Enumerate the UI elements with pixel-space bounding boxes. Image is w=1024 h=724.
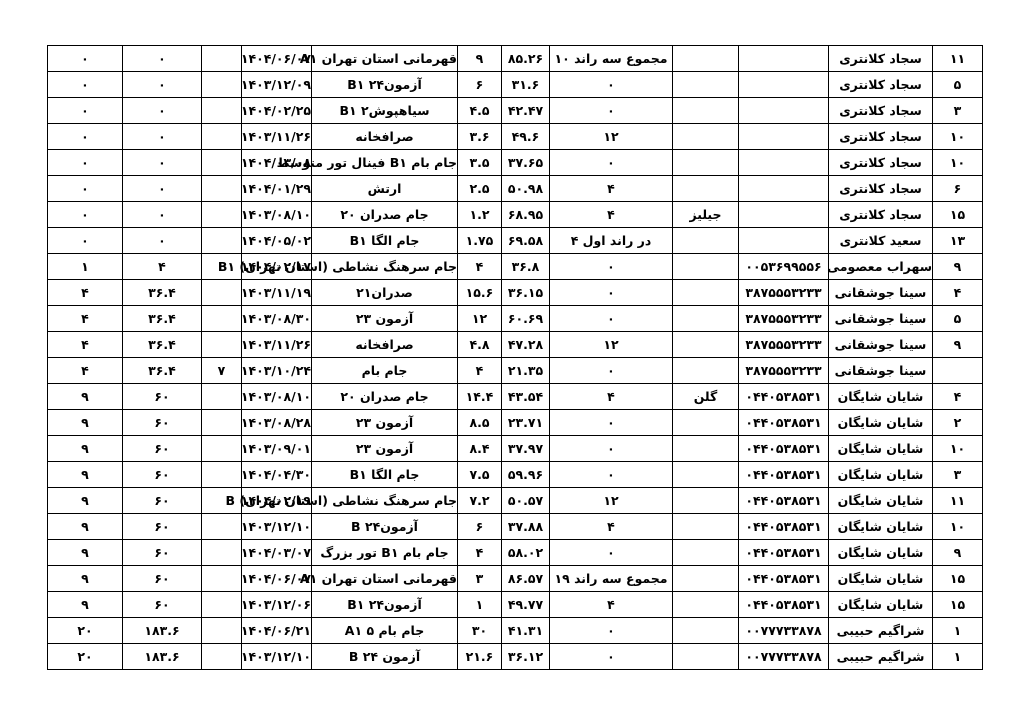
cell-club [673,436,739,462]
cell-score: ۶۰.۶۹ [502,306,550,332]
cell-score: ۵۸.۰۲ [502,540,550,566]
cell-event: آزمون۲۴ B۱ [312,592,458,618]
cell-sum2: ۳۶.۴ [123,332,202,358]
cell-date: ۱۴۰۳/۰۸/۱۰ [242,202,312,228]
cell-club [673,306,739,332]
cell-no: ۴ [933,384,983,410]
cell-sum2: ۶۰ [123,514,202,540]
cell-name: شایان شایگان [829,384,933,410]
cell-date: ۱۴۰۴/۰۶/۰۷ [242,46,312,72]
cell-sum1: ۹ [48,410,123,436]
cell-sum2: ۰ [123,72,202,98]
table-row: ۴شایان شایگان۰۴۴۰۵۳۸۵۳۱گلن۴۴۳.۵۴۱۴.۴جام … [48,384,983,410]
cell-name: شایان شایگان [829,410,933,436]
cell-no: ۵ [933,306,983,332]
table-row: ۵سینا جوشقانی۳۸۷۵۵۵۳۲۳۳۰۶۰.۶۹۱۲آزمون ۲۳۱… [48,306,983,332]
cell-val: ۸.۴ [458,436,502,462]
cell-no: ۹ [933,332,983,358]
cell-name: سینا جوشقانی [829,358,933,384]
cell-val: ۹ [458,46,502,72]
cell-score: ۵۰.۵۷ [502,488,550,514]
cell-club [673,228,739,254]
cell-date: ۱۴۰۳/۰۹/۰۱ [242,436,312,462]
cell-val: ۱.۲ [458,202,502,228]
cell-sum1: ۴ [48,358,123,384]
table-row: ۳سجاد کلانتری۰۴۲.۴۷۴.۵سیاهپوش۲ B۱۱۴۰۴/۰۲… [48,98,983,124]
cell-no: ۱۱ [933,488,983,514]
cell-name: شایان شایگان [829,514,933,540]
cell-date: ۱۴۰۴/۰۵/۰۲ [242,228,312,254]
cell-val: ۱۵.۶ [458,280,502,306]
cell-sum1: ۹ [48,540,123,566]
table-row: ۴سینا جوشقانی۳۸۷۵۵۵۳۲۳۳۰۳۶.۱۵۱۵.۶صدران۲۱… [48,280,983,306]
cell-id [739,176,829,202]
table-row: ۳شایان شایگان۰۴۴۰۵۳۸۵۳۱۰۵۹.۹۶۷.۵جام الگا… [48,462,983,488]
cell-event: سیاهپوش۲ B۱ [312,98,458,124]
cell-score: ۲۱.۳۵ [502,358,550,384]
cell-sum2: ۶۰ [123,540,202,566]
cell-note: ۰ [550,540,673,566]
cell-score: ۳۷.۶۵ [502,150,550,176]
cell-id: ۰۰۵۳۶۹۹۵۵۶ [739,254,829,280]
cell-no: ۱۰ [933,436,983,462]
table-body: ۱۱سجاد کلانتریمجموع سه راند ۱۰۸۵.۲۶۹قهرم… [48,46,983,670]
cell-sum1: ۹ [48,566,123,592]
cell-sum2: ۰ [123,228,202,254]
cell-event: جام صدران ۲۰ [312,202,458,228]
cell-val: ۶ [458,72,502,98]
cell-date: ۱۴۰۳/۱۱/۱۹ [242,280,312,306]
cell-sum1: ۹ [48,384,123,410]
cell-sum1: ۲۰ [48,644,123,670]
cell-event: جام بام ۵ A۱ [312,618,458,644]
cell-note: در راند اول ۴ [550,228,673,254]
cell-mini [202,592,242,618]
cell-val: ۴.۵ [458,98,502,124]
cell-no: ۱۰ [933,150,983,176]
cell-date: ۱۴۰۳/۱۲/۱۰ [242,644,312,670]
cell-club [673,124,739,150]
cell-score: ۳۱.۶ [502,72,550,98]
cell-date: ۱۴۰۳/۰۸/۳۰ [242,306,312,332]
cell-no: ۱۱ [933,46,983,72]
cell-note: ۴ [550,176,673,202]
cell-val: ۳.۶ [458,124,502,150]
cell-club [673,46,739,72]
table-row: ۲شایان شایگان۰۴۴۰۵۳۸۵۳۱۰۲۳.۷۱۸.۵آزمون ۲۳… [48,410,983,436]
cell-sum1: ۰ [48,202,123,228]
cell-name: سجاد کلانتری [829,176,933,202]
cell-event: جام الگا B۱ [312,228,458,254]
cell-mini [202,618,242,644]
cell-val: ۱۴.۴ [458,384,502,410]
cell-id [739,98,829,124]
cell-id: ۰۴۴۰۵۳۸۵۳۱ [739,514,829,540]
cell-event: جام بام B۱ فینال تور متوسط [312,150,458,176]
table-row: ۱۰شایان شایگان۰۴۴۰۵۳۸۵۳۱۴۳۷.۸۸۶آزمون۲۴ B… [48,514,983,540]
cell-val: ۴.۸ [458,332,502,358]
cell-mini [202,410,242,436]
cell-date: ۱۴۰۳/۱۱/۲۶ [242,124,312,150]
cell-date: ۱۴۰۳/۰۸/۱۰ [242,384,312,410]
cell-id: ۰۴۴۰۵۳۸۵۳۱ [739,566,829,592]
cell-no [933,358,983,384]
cell-score: ۳۷.۹۷ [502,436,550,462]
cell-id: ۰۴۴۰۵۳۸۵۳۱ [739,410,829,436]
cell-id: ۰۴۴۰۵۳۸۵۳۱ [739,592,829,618]
cell-date: ۱۴۰۳/۱۰/۲۴ [242,358,312,384]
cell-mini [202,332,242,358]
cell-note: ۰ [550,98,673,124]
cell-event: قهرمانی استان تهران A۱ [312,46,458,72]
cell-name: شایان شایگان [829,540,933,566]
cell-event: جام بام B۱ تور بزرگ [312,540,458,566]
cell-score: ۴۲.۴۷ [502,98,550,124]
cell-score: ۴۱.۳۱ [502,618,550,644]
cell-mini: ۷ [202,358,242,384]
cell-sum1: ۹ [48,592,123,618]
cell-no: ۳ [933,98,983,124]
table-row: ۱۱سجاد کلانتریمجموع سه راند ۱۰۸۵.۲۶۹قهرم… [48,46,983,72]
cell-club [673,514,739,540]
cell-id [739,150,829,176]
cell-sum2: ۱۸۳.۶ [123,644,202,670]
cell-date: ۱۴۰۴/۰۶/۲۱ [242,618,312,644]
cell-score: ۳۷.۸۸ [502,514,550,540]
cell-mini [202,540,242,566]
cell-event: صدران۲۱ [312,280,458,306]
cell-note: مجموع سه راند ۱۰ [550,46,673,72]
cell-sum2: ۶۰ [123,566,202,592]
cell-sum1: ۹ [48,514,123,540]
cell-mini [202,124,242,150]
cell-val: ۳.۵ [458,150,502,176]
cell-sum2: ۴ [123,254,202,280]
cell-score: ۴۹.۶ [502,124,550,150]
cell-mini [202,176,242,202]
cell-id [739,228,829,254]
cell-no: ۱۵ [933,566,983,592]
cell-sum2: ۳۶.۴ [123,280,202,306]
cell-club [673,358,739,384]
cell-score: ۵۹.۹۶ [502,462,550,488]
cell-event: آزمون ۲۴ B [312,644,458,670]
table-row: ۱۵سجاد کلانتریجیلیز۴۶۸.۹۵۱.۲جام صدران ۲۰… [48,202,983,228]
cell-club [673,592,739,618]
cell-val: ۳۰ [458,618,502,644]
cell-note: ۰ [550,462,673,488]
table-row: ۱شراگیم حبیبی۰۰۷۷۷۳۳۸۷۸۰۳۶.۱۲۲۱.۶آزمون ۲… [48,644,983,670]
cell-name: سجاد کلانتری [829,150,933,176]
cell-sum1: ۰ [48,98,123,124]
table-row: ۹شایان شایگان۰۴۴۰۵۳۸۵۳۱۰۵۸.۰۲۴جام بام B۱… [48,540,983,566]
cell-name: سهراب معصومی [829,254,933,280]
cell-date: ۱۴۰۴/۰۴/۳۰ [242,462,312,488]
cell-note: مجموع سه راند ۱۹ [550,566,673,592]
cell-club [673,176,739,202]
cell-val: ۶ [458,514,502,540]
cell-sum2: ۶۰ [123,436,202,462]
cell-date: ۱۴۰۴/۰۶/۰۷ [242,566,312,592]
cell-score: ۸۵.۲۶ [502,46,550,72]
results-table: ۱۱سجاد کلانتریمجموع سه راند ۱۰۸۵.۲۶۹قهرم… [47,45,983,670]
table-row: ۵سجاد کلانتری۰۳۱.۶۶آزمون۲۴ B۱۱۴۰۳/۱۲/۰۹۰… [48,72,983,98]
table-row: ۱۰شایان شایگان۰۴۴۰۵۳۸۵۳۱۰۳۷.۹۷۸.۴آزمون ۲… [48,436,983,462]
cell-note: ۰ [550,618,673,644]
cell-note: ۱۲ [550,124,673,150]
cell-no: ۹ [933,540,983,566]
cell-name: شراگیم حبیبی [829,618,933,644]
cell-id: ۰۴۴۰۵۳۸۵۳۱ [739,436,829,462]
cell-event: آزمون۲۴ B [312,514,458,540]
cell-no: ۱۵ [933,592,983,618]
cell-club [673,540,739,566]
cell-sum2: ۰ [123,98,202,124]
cell-val: ۲۱.۶ [458,644,502,670]
cell-name: شایان شایگان [829,462,933,488]
cell-name: سعید کلانتری [829,228,933,254]
cell-mini [202,384,242,410]
cell-event: جام سرهنگ نشاطی (استان تهران) B [312,488,458,514]
cell-no: ۱ [933,618,983,644]
cell-score: ۶۸.۹۵ [502,202,550,228]
table-row: ۱۰سجاد کلانتری۱۲۴۹.۶۳.۶صرافخانه۱۴۰۳/۱۱/۲… [48,124,983,150]
cell-date: ۱۴۰۴/۰۲/۲۵ [242,98,312,124]
cell-mini [202,202,242,228]
cell-no: ۲ [933,410,983,436]
cell-club: جیلیز [673,202,739,228]
cell-note: ۰ [550,280,673,306]
cell-mini [202,566,242,592]
cell-club [673,332,739,358]
cell-date: ۱۴۰۳/۱۱/۲۶ [242,332,312,358]
cell-date: ۱۴۰۴/۰۲/۱۷ [242,254,312,280]
cell-mini [202,98,242,124]
cell-val: ۳ [458,566,502,592]
cell-val: ۱.۷۵ [458,228,502,254]
cell-club [673,566,739,592]
cell-id [739,46,829,72]
cell-sum2: ۶۰ [123,488,202,514]
cell-note: ۱۲ [550,488,673,514]
cell-id: ۳۸۷۵۵۵۳۲۳۳ [739,332,829,358]
cell-sum1: ۴ [48,332,123,358]
cell-event: جام صدران ۲۰ [312,384,458,410]
cell-note: ۰ [550,150,673,176]
cell-event: قهرمانی استان تهران A۱ [312,566,458,592]
cell-no: ۱ [933,644,983,670]
cell-no: ۳ [933,462,983,488]
cell-sum2: ۶۰ [123,410,202,436]
cell-event: صرافخانه [312,332,458,358]
table-row: ۹سهراب معصومی۰۰۵۳۶۹۹۵۵۶۰۳۶.۸۴جام سرهنگ ن… [48,254,983,280]
cell-mini [202,280,242,306]
cell-club [673,462,739,488]
table-row: ۱۵شایان شایگان۰۴۴۰۵۳۸۵۳۱مجموع سه راند ۱۹… [48,566,983,592]
cell-name: شایان شایگان [829,592,933,618]
cell-mini [202,644,242,670]
cell-note: ۴ [550,384,673,410]
cell-sum2: ۰ [123,124,202,150]
cell-note: ۰ [550,306,673,332]
cell-club [673,254,739,280]
cell-sum2: ۰ [123,46,202,72]
cell-mini [202,306,242,332]
cell-mini [202,514,242,540]
cell-sum2: ۶۰ [123,384,202,410]
cell-id: ۰۴۴۰۵۳۸۵۳۱ [739,462,829,488]
cell-no: ۱۳ [933,228,983,254]
cell-sum1: ۴ [48,280,123,306]
table-row: ۱۰سجاد کلانتری۰۳۷.۶۵۳.۵جام بام B۱ فینال … [48,150,983,176]
cell-name: شایان شایگان [829,566,933,592]
cell-event: آزمون ۲۳ [312,306,458,332]
table-row: ۱شراگیم حبیبی۰۰۷۷۷۳۳۸۷۸۰۴۱.۳۱۳۰جام بام ۵… [48,618,983,644]
cell-val: ۷.۵ [458,462,502,488]
cell-sum2: ۶۰ [123,462,202,488]
cell-no: ۹ [933,254,983,280]
cell-sum1: ۰ [48,46,123,72]
cell-mini [202,436,242,462]
cell-sum1: ۹ [48,462,123,488]
cell-note: ۴ [550,514,673,540]
cell-sum2: ۱۸۳.۶ [123,618,202,644]
cell-club [673,644,739,670]
cell-sum1: ۰ [48,72,123,98]
cell-date: ۱۴۰۴/۰۳/۰۸ [242,150,312,176]
cell-val: ۲.۵ [458,176,502,202]
cell-val: ۴ [458,358,502,384]
cell-score: ۵۰.۹۸ [502,176,550,202]
cell-note: ۰ [550,644,673,670]
cell-id: ۰۰۷۷۷۳۳۸۷۸ [739,644,829,670]
cell-score: ۳۶.۸ [502,254,550,280]
cell-no: ۱۰ [933,514,983,540]
cell-name: سجاد کلانتری [829,98,933,124]
cell-note: ۴ [550,202,673,228]
cell-note: ۰ [550,358,673,384]
cell-club: گلن [673,384,739,410]
cell-mini [202,72,242,98]
cell-sum2: ۰ [123,150,202,176]
cell-name: شراگیم حبیبی [829,644,933,670]
cell-name: شایان شایگان [829,436,933,462]
cell-id: ۳۸۷۵۵۵۳۲۳۳ [739,280,829,306]
cell-sum1: ۴ [48,306,123,332]
cell-date: ۱۴۰۳/۱۲/۰۹ [242,72,312,98]
cell-note: ۴ [550,592,673,618]
cell-date: ۱۴۰۳/۱۲/۰۶ [242,592,312,618]
table-row: ۶سجاد کلانتری۴۵۰.۹۸۲.۵ارتش۱۴۰۴/۰۱/۲۹۰۰ [48,176,983,202]
cell-name: سینا جوشقانی [829,280,933,306]
cell-score: ۲۳.۷۱ [502,410,550,436]
cell-club [673,280,739,306]
cell-no: ۱۰ [933,124,983,150]
cell-date: ۱۴۰۴/۰۱/۲۹ [242,176,312,202]
cell-name: سجاد کلانتری [829,72,933,98]
cell-mini [202,228,242,254]
cell-no: ۵ [933,72,983,98]
cell-val: ۴ [458,540,502,566]
table-row: سینا جوشقانی۳۸۷۵۵۵۳۲۳۳۰۲۱.۳۵۴جام بام۱۴۰۳… [48,358,983,384]
cell-name: سجاد کلانتری [829,46,933,72]
cell-sum1: ۹ [48,488,123,514]
cell-score: ۸۶.۵۷ [502,566,550,592]
cell-club [673,410,739,436]
cell-event: آزمون۲۴ B۱ [312,72,458,98]
cell-club [673,488,739,514]
cell-club [673,72,739,98]
cell-date: ۱۴۰۴/۰۲/۱۹ [242,488,312,514]
cell-sum1: ۰ [48,176,123,202]
cell-sum2: ۶۰ [123,592,202,618]
cell-score: ۳۶.۱۵ [502,280,550,306]
cell-sum1: ۰ [48,124,123,150]
cell-sum1: ۲۰ [48,618,123,644]
document-page: ۱۱سجاد کلانتریمجموع سه راند ۱۰۸۵.۲۶۹قهرم… [0,0,1024,724]
cell-id: ۰۴۴۰۵۳۸۵۳۱ [739,540,829,566]
cell-note: ۰ [550,254,673,280]
cell-note: ۰ [550,410,673,436]
cell-sum1: ۱ [48,254,123,280]
cell-no: ۴ [933,280,983,306]
cell-note: ۱۲ [550,332,673,358]
table-row: ۱۱شایان شایگان۰۴۴۰۵۳۸۵۳۱۱۲۵۰.۵۷۷.۲جام سر… [48,488,983,514]
cell-event: جام سرهنگ نشاطی (استان تهران) B۱ [312,254,458,280]
cell-name: سجاد کلانتری [829,202,933,228]
cell-score: ۴۷.۲۸ [502,332,550,358]
cell-sum2: ۰ [123,176,202,202]
cell-date: ۱۴۰۳/۱۲/۱۰ [242,514,312,540]
cell-name: سینا جوشقانی [829,306,933,332]
cell-id [739,202,829,228]
cell-val: ۴ [458,254,502,280]
cell-score: ۴۳.۵۴ [502,384,550,410]
cell-event: صرافخانه [312,124,458,150]
cell-mini [202,150,242,176]
cell-val: ۸.۵ [458,410,502,436]
cell-sum2: ۳۶.۴ [123,306,202,332]
cell-event: آزمون ۲۳ [312,410,458,436]
cell-sum1: ۰ [48,228,123,254]
cell-event: ارتش [312,176,458,202]
cell-score: ۶۹.۵۸ [502,228,550,254]
table-row: ۱۵شایان شایگان۰۴۴۰۵۳۸۵۳۱۴۴۹.۷۷۱آزمون۲۴ B… [48,592,983,618]
cell-name: سجاد کلانتری [829,124,933,150]
cell-id [739,124,829,150]
cell-note: ۰ [550,436,673,462]
cell-date: ۱۴۰۴/۰۳/۰۷ [242,540,312,566]
table-row: ۹سینا جوشقانی۳۸۷۵۵۵۳۲۳۳۱۲۴۷.۲۸۴.۸صرافخان… [48,332,983,358]
cell-sum2: ۳۶.۴ [123,358,202,384]
cell-no: ۱۵ [933,202,983,228]
cell-no: ۶ [933,176,983,202]
cell-id: ۰۴۴۰۵۳۸۵۳۱ [739,384,829,410]
cell-name: شایان شایگان [829,488,933,514]
cell-mini [202,462,242,488]
cell-id: ۳۸۷۵۵۵۳۲۳۳ [739,358,829,384]
cell-mini [202,46,242,72]
cell-sum1: ۹ [48,436,123,462]
cell-score: ۴۹.۷۷ [502,592,550,618]
cell-event: جام الگا B۱ [312,462,458,488]
cell-val: ۱۲ [458,306,502,332]
cell-sum2: ۰ [123,202,202,228]
cell-club [673,150,739,176]
table-row: ۱۳سعید کلانتریدر راند اول ۴۶۹.۵۸۱.۷۵جام … [48,228,983,254]
cell-score: ۳۶.۱۲ [502,644,550,670]
cell-club [673,98,739,124]
